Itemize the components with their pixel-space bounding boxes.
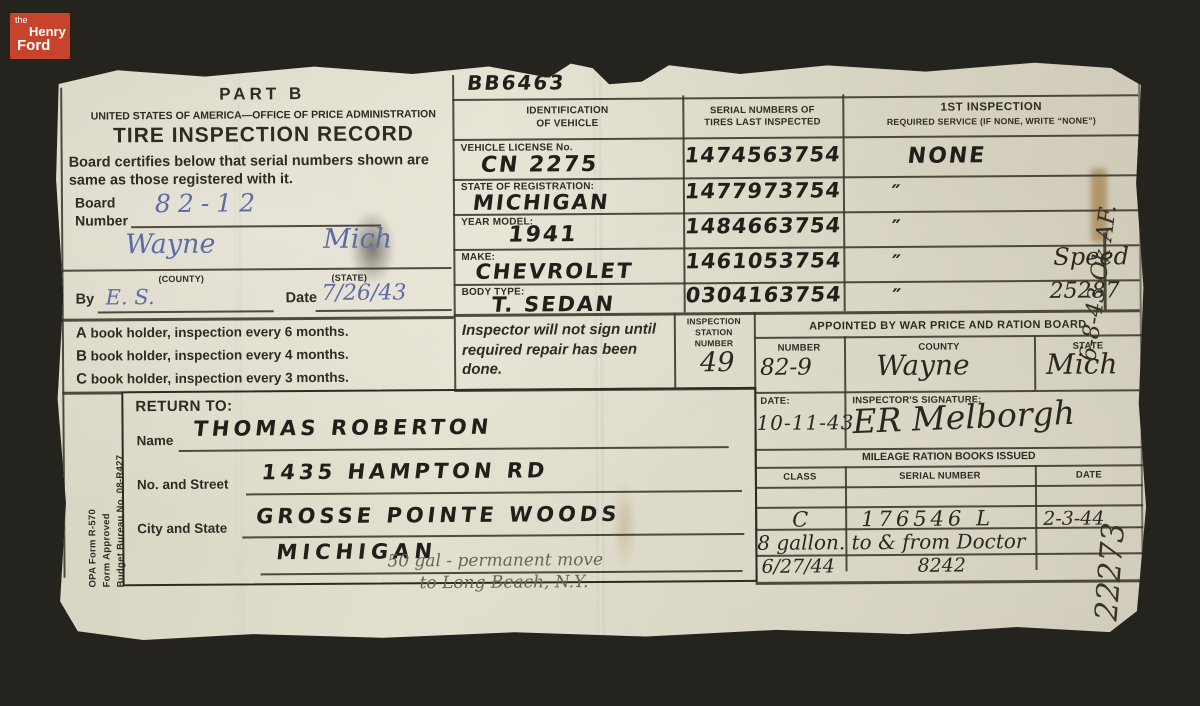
holder-text: book holder, inspection every 3 months. (91, 370, 349, 387)
field-value: T. SEDAN (490, 292, 616, 317)
edge-number-vertical: 22273 (1088, 355, 1145, 622)
field-value: 1941 (507, 222, 579, 248)
holder-row-a: A book holder, inspection every 6 months… (76, 323, 349, 342)
inspector-note: Inspector will not sign until required r… (462, 320, 662, 380)
board-number-value: 82-12 (155, 188, 262, 218)
state-value: Mich (323, 223, 392, 254)
col-number: NUMBER (754, 342, 844, 354)
tire-serial: 1461053754 (684, 248, 843, 273)
first-inspection-subheader: REQUIRED SERVICE (IF NONE, WRITE “NONE”) (842, 115, 1140, 127)
divider (61, 267, 451, 272)
board-number-label: Board Number (75, 193, 128, 230)
field-value: MICHIGAN (472, 190, 611, 215)
city-value: GROSSE POINTE WOODS (255, 502, 622, 529)
photo-background: the Henry Ford PART B UNITED STATES OF A… (0, 0, 1200, 706)
inspection-date-label: DATE: (760, 396, 789, 407)
pencil-note-line1: 50 gal - permanent move (387, 550, 603, 572)
divider (754, 389, 1142, 394)
serials-header: SERIAL NUMBERS OF TIRES LAST INSPECTED (684, 104, 840, 130)
holder-text: book holder, inspection every 4 months. (91, 347, 349, 364)
name-value: THOMAS ROBERTON (192, 415, 493, 441)
date-value: 7/26/43 (322, 280, 407, 306)
inspection-ditto: ″ (890, 284, 904, 308)
tire-serial: 1484663754 (684, 213, 843, 238)
holder-text: book holder, inspection every 6 months. (90, 324, 348, 341)
divider (246, 490, 742, 495)
part-b-title: PART B (112, 83, 412, 105)
by-label: By (76, 292, 95, 308)
first-inspection-header: 1ST INSPECTION (842, 100, 1140, 114)
henry-ford-logo: the Henry Ford (10, 13, 70, 59)
tire-serial: 1474563754 (683, 142, 842, 167)
inspector-signature: ER Melborgh (852, 393, 1076, 441)
form-number-line: OPA Form R-570 (86, 398, 98, 588)
tire-serial: 0304163754 (684, 282, 843, 307)
board-number: 82-9 (760, 355, 812, 381)
holder-class: C (76, 371, 87, 388)
col-serial-number: SERIAL NUMBER (845, 470, 1035, 482)
form-title: TIRE INSPECTION RECORD (62, 122, 464, 149)
inspection-value: NONE (906, 143, 987, 169)
col-class: CLASS (755, 471, 845, 483)
tire-serial: 1477973754 (684, 178, 843, 203)
divider (62, 391, 122, 394)
pencil-note-line2: to Long Beach, N.Y. (420, 572, 589, 593)
form-number-line: Form Approved (100, 397, 112, 587)
mileage-note-date: 6/27/44 (761, 555, 834, 578)
divider (453, 134, 1139, 141)
inspection-ditto: ″ (890, 180, 904, 204)
by-value: E. S. (106, 285, 155, 309)
return-to-header: RETURN TO: (135, 398, 232, 416)
holder-class: A (76, 325, 87, 342)
divider (756, 579, 1144, 584)
mileage-note: 8 gallon. to & from Doctor (757, 529, 1025, 555)
date-label: Date (286, 290, 318, 306)
divider (179, 446, 729, 452)
divider (60, 88, 65, 578)
street-value: 1435 HAMPTON RD (260, 458, 549, 484)
city-label: City and State (137, 521, 227, 537)
logo-ford: Ford (17, 38, 65, 53)
county-value: Wayne (125, 229, 215, 261)
logo-henry: Henry (29, 25, 65, 38)
certify-text: Board certifies below that serial number… (69, 151, 465, 190)
divider (98, 310, 274, 313)
top-scribble: BB6463 (466, 70, 567, 95)
board-county: Wayne (876, 348, 970, 382)
inspection-ditto: ″ (890, 215, 904, 239)
name-label: Name (137, 433, 174, 448)
station-number-label: INSPECTION STATION NUMBER (674, 316, 754, 350)
field-value: CN 2275 (479, 152, 599, 178)
divider (755, 484, 1143, 489)
county-label: (COUNTY) (158, 274, 204, 284)
street-label: No. and Street (137, 477, 229, 493)
field-value: CHEVROLET (474, 259, 634, 284)
tire-inspection-card: PART B UNITED STATES OF AMERICA—OFFICE O… (52, 56, 1148, 642)
holder-class: B (76, 348, 87, 365)
station-number-value: 49 (700, 347, 735, 378)
agency-line: UNITED STATES OF AMERICA—OFFICE OF PRICE… (62, 108, 464, 123)
divider (316, 309, 452, 312)
holder-row-b: B book holder, inspection every 4 months… (76, 346, 349, 365)
divider (242, 533, 744, 538)
holder-row-c: C book holder, inspection every 3 months… (76, 369, 349, 388)
mileage-note-board: 8242 (917, 554, 966, 576)
inspection-ditto: ″ (890, 250, 904, 274)
mileage-books-header: MILEAGE RATION BOOKS ISSUED (755, 449, 1143, 464)
inspection-date-value: 10-11-43 (756, 410, 854, 435)
vehicle-id-header: IDENTIFICATION OF VEHICLE (452, 103, 682, 131)
divider (755, 464, 1143, 469)
divider (60, 316, 454, 321)
